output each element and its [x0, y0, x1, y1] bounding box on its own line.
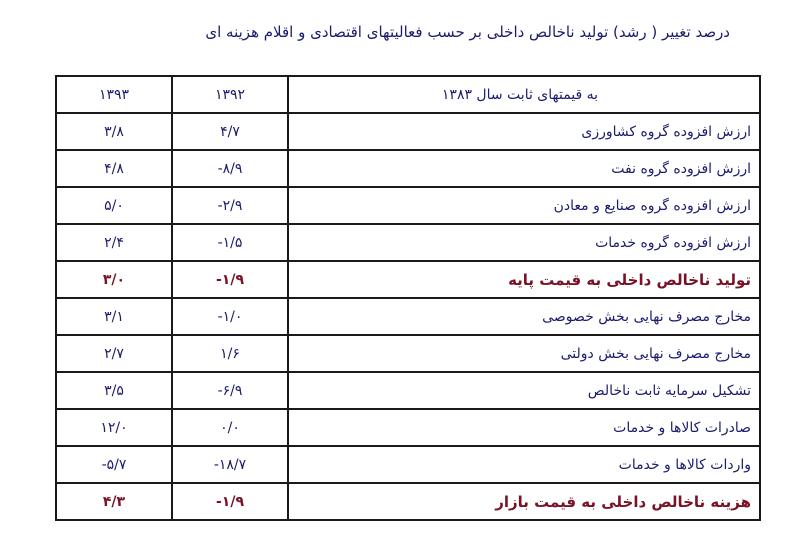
document-title: درصد تغییر ( رشد) تولید ناخالص داخلی بر … — [60, 18, 730, 46]
value-1392: -۱۸/۷ — [172, 446, 288, 483]
row-label: ارزش افزوده گروه نفت — [288, 150, 760, 187]
row-label: مخارج مصرف نهایی بخش دولتی — [288, 335, 760, 372]
table-header-row: به قیمتهای ثابت سال ۱۳۸۳ ۱۳۹۲ ۱۳۹۳ — [56, 76, 760, 113]
value-1392: -۱/۵ — [172, 224, 288, 261]
header-year-1392: ۱۳۹۲ — [172, 76, 288, 113]
value-1392: ۰/۰ — [172, 409, 288, 446]
table-row: ارزش افزوده گروه صنایع و معادن-۲/۹۵/۰ — [56, 187, 760, 224]
value-1393: ۴/۳ — [56, 483, 172, 520]
row-label: مخارج مصرف نهایی بخش خصوصی — [288, 298, 760, 335]
row-label: ارزش افزوده گروه کشاورزی — [288, 113, 760, 150]
table-row: صادرات کالاها و خدمات۰/۰۱۲/۰ — [56, 409, 760, 446]
table-row: تشکیل سرمایه ثابت ناخالص-۶/۹۳/۵ — [56, 372, 760, 409]
row-label: هزینه ناخالص داخلی به قیمت بازار — [288, 483, 760, 520]
value-1392: -۱/۰ — [172, 298, 288, 335]
value-1393: ۵/۰ — [56, 187, 172, 224]
row-label: ارزش افزوده گروه صنایع و معادن — [288, 187, 760, 224]
table-row: ارزش افزوده گروه نفت-۸/۹۴/۸ — [56, 150, 760, 187]
value-1393: ۲/۷ — [56, 335, 172, 372]
value-1392: ۴/۷ — [172, 113, 288, 150]
gdp-growth-table: به قیمتهای ثابت سال ۱۳۸۳ ۱۳۹۲ ۱۳۹۳ ارزش … — [55, 75, 761, 521]
table-row: هزینه ناخالص داخلی به قیمت بازار-۱/۹۴/۳ — [56, 483, 760, 520]
value-1393: ۳/۵ — [56, 372, 172, 409]
row-label: تشکیل سرمایه ثابت ناخالص — [288, 372, 760, 409]
table-row: تولید ناخالص داخلی به قیمت پایه-۱/۹۳/۰ — [56, 261, 760, 298]
value-1392: -۸/۹ — [172, 150, 288, 187]
table-row: مخارج مصرف نهایی بخش خصوصی-۱/۰۳/۱ — [56, 298, 760, 335]
value-1393: ۲/۴ — [56, 224, 172, 261]
value-1392: -۱/۹ — [172, 261, 288, 298]
row-label: صادرات کالاها و خدمات — [288, 409, 760, 446]
table-row: ارزش افزوده گروه خدمات-۱/۵۲/۴ — [56, 224, 760, 261]
header-year-1393: ۱۳۹۳ — [56, 76, 172, 113]
header-label: به قیمتهای ثابت سال ۱۳۸۳ — [288, 76, 760, 113]
value-1392: -۶/۹ — [172, 372, 288, 409]
value-1393: ۱۲/۰ — [56, 409, 172, 446]
value-1392: -۲/۹ — [172, 187, 288, 224]
value-1393: ۳/۰ — [56, 261, 172, 298]
value-1392: -۱/۹ — [172, 483, 288, 520]
table-row: مخارج مصرف نهایی بخش دولتی۱/۶۲/۷ — [56, 335, 760, 372]
value-1392: ۱/۶ — [172, 335, 288, 372]
table-row: ارزش افزوده گروه کشاورزی۴/۷۳/۸ — [56, 113, 760, 150]
row-label: تولید ناخالص داخلی به قیمت پایه — [288, 261, 760, 298]
value-1393: ۴/۸ — [56, 150, 172, 187]
value-1393: -۵/۷ — [56, 446, 172, 483]
row-label: واردات کالاها و خدمات — [288, 446, 760, 483]
table-row: واردات کالاها و خدمات-۱۸/۷-۵/۷ — [56, 446, 760, 483]
row-label: ارزش افزوده گروه خدمات — [288, 224, 760, 261]
value-1393: ۳/۱ — [56, 298, 172, 335]
value-1393: ۳/۸ — [56, 113, 172, 150]
